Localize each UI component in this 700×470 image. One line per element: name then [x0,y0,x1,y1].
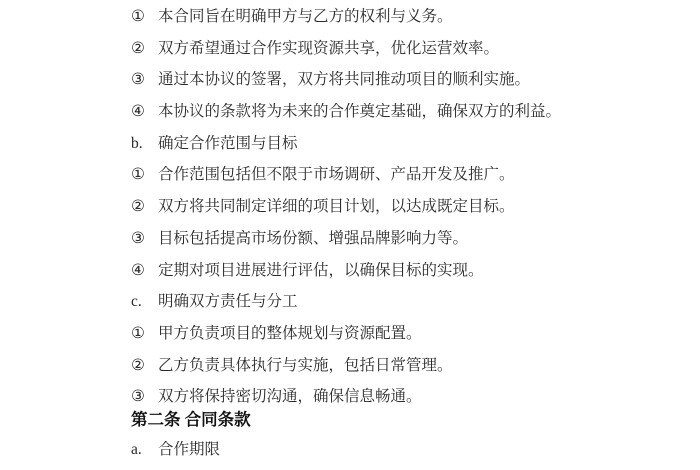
list-marker: ② [131,358,158,374]
list-marker: b. [131,136,158,152]
list-text: 本合同旨在明确甲方与乙方的权利与义务。 [158,9,453,25]
list-item: ② 双方将共同制定详细的项目计划，以达成既定目标。 [131,199,660,215]
list-item: ② 乙方负责具体执行与实施，包括日常管理。 [131,358,660,374]
list-marker: ① [131,326,158,342]
list-text: 合作期限 [158,442,220,458]
list-item: ④ 定期对项目进展进行评估，以确保目标的实现。 [131,263,660,279]
list-text: 本协议的条款将为未来的合作奠定基础，确保双方的利益。 [158,104,561,120]
list-item: ③ 目标包括提高市场份额、增强品牌影响力等。 [131,231,660,247]
list-marker: a. [131,442,158,458]
contract-document-page: ① 本合同旨在明确甲方与乙方的权利与义务。 ② 双方希望通过合作实现资源共享，优… [0,0,700,470]
list-item: ③ 双方将保持密切沟通，确保信息畅通。 [131,389,660,405]
list-marker: ② [131,199,158,215]
list-text: 定期对项目进展进行评估，以确保目标的实现。 [158,263,484,279]
list-text: 双方希望通过合作实现资源共享，优化运营效率。 [158,41,499,57]
list-marker: ① [131,167,158,183]
list-item: ① 合作范围包括但不限于市场调研、产品开发及推广。 [131,167,660,183]
list-text: 目标包括提高市场份额、增强品牌影响力等。 [158,231,468,247]
list-item: ② 双方希望通过合作实现资源共享，优化运营效率。 [131,41,660,57]
list-text: 明确双方责任与分工 [158,294,298,310]
list-marker: c. [131,294,158,310]
list-marker: ② [131,41,158,57]
section-heading: 第二条 合同条款 [131,411,660,429]
list-text: 双方将保持密切沟通，确保信息畅通。 [158,389,422,405]
list-item: c. 明确双方责任与分工 [131,294,660,310]
list-item: ④ 本协议的条款将为未来的合作奠定基础，确保双方的利益。 [131,104,660,120]
list-marker: ① [131,9,158,25]
list-text: 合作范围包括但不限于市场调研、产品开发及推广。 [158,167,515,183]
list-item: b. 确定合作范围与目标 [131,136,660,152]
list-marker: ③ [131,389,158,405]
list-text: 乙方负责具体执行与实施，包括日常管理。 [158,358,453,374]
list-marker: ③ [131,72,158,88]
list-text: 甲方负责项目的整体规划与资源配置。 [158,326,422,342]
list-item: a. 合作期限 [131,442,660,458]
list-text: 双方将共同制定详细的项目计划，以达成既定目标。 [158,199,515,215]
list-marker: ③ [131,231,158,247]
list-text: 通过本协议的签署，双方将共同推动项目的顺利实施。 [158,72,530,88]
list-text: 确定合作范围与目标 [158,136,298,152]
list-item: ① 本合同旨在明确甲方与乙方的权利与义务。 [131,9,660,25]
list-marker: ④ [131,104,158,120]
list-marker: ④ [131,263,158,279]
list-item: ① 甲方负责项目的整体规划与资源配置。 [131,326,660,342]
list-item: ③ 通过本协议的签署，双方将共同推动项目的顺利实施。 [131,72,660,88]
